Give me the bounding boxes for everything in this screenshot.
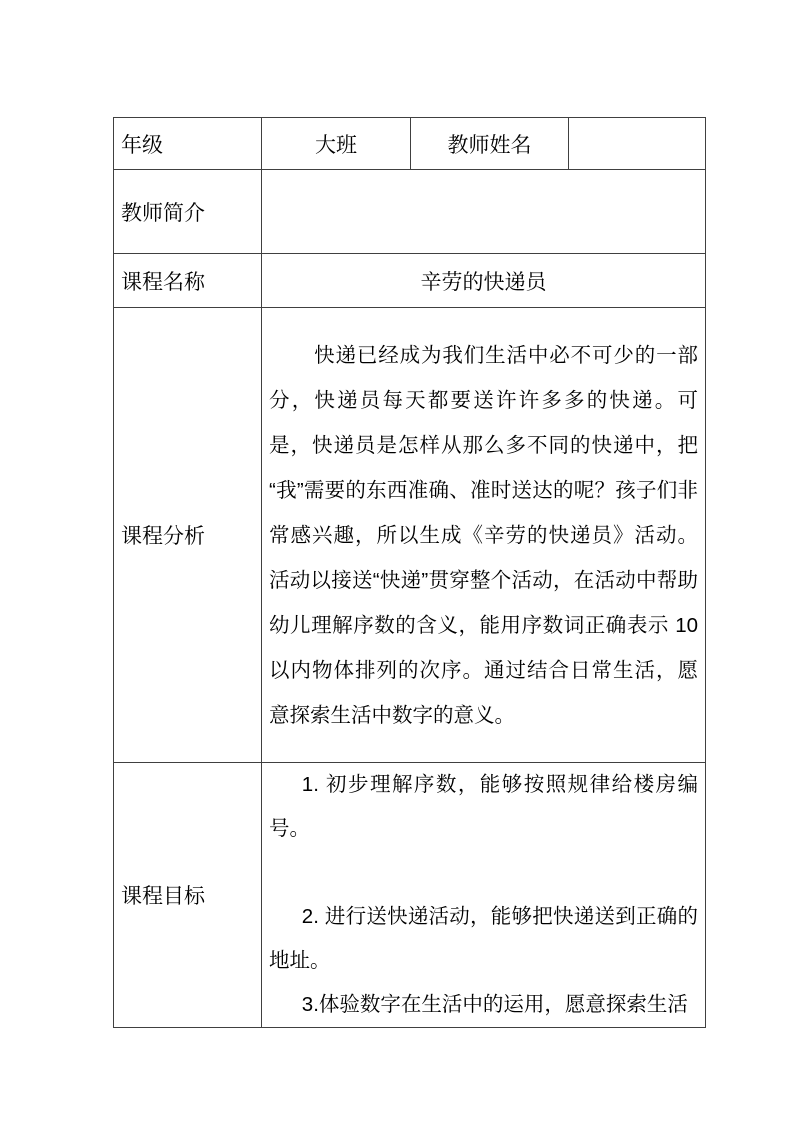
table-row-teacher-intro: 教师简介 [114,170,706,254]
teacher-name-label-cell: 教师姓名 [411,118,569,170]
table-row-course-goals: 课程目标 1. 初步理解序数，能够按照规律给楼房编号。 2. 进行送快递活动，能… [114,763,706,1028]
teacher-name-value-cell [569,118,706,170]
document-page: 年级 大班 教师姓名 教师简介 [0,0,794,1123]
table-row-grade: 年级 大班 教师姓名 [114,118,706,170]
grade-label: 年级 [121,134,163,157]
course-goal-item-1: 1. 初步理解序数，能够按照规律给楼房编号。 [269,763,698,851]
course-goal-item-3: 3.体验数字在生活中的运用，愿意探索生活 [269,983,698,1027]
course-name-label: 课程名称 [121,271,205,294]
course-analysis-label: 课程分析 [121,525,205,548]
grade-value: 大班 [315,134,357,157]
course-info-table: 年级 大班 教师姓名 教师简介 [113,117,706,1028]
course-name-value-cell: 辛劳的快递员 [262,254,706,308]
course-analysis-value-cell: 快递已经成为我们生活中必不可少的一部分，快递员每天都要送许许多多的快递。可是，快… [262,308,706,763]
teacher-intro-value-cell [262,170,706,254]
teacher-name-label: 教师姓名 [448,134,532,157]
course-goals-label: 课程目标 [121,885,205,908]
course-name-value: 辛劳的快递员 [421,271,547,294]
course-analysis-label-cell: 课程分析 [114,308,262,763]
course-goals-label-cell: 课程目标 [114,763,262,1028]
course-name-label-cell: 课程名称 [114,254,262,308]
course-goals-value-cell: 1. 初步理解序数，能够按照规律给楼房编号。 2. 进行送快递活动，能够把快递送… [262,763,706,1028]
course-analysis-paragraph: 快递已经成为我们生活中必不可少的一部分，快递员每天都要送许许多多的快递。可是，快… [269,333,698,738]
grade-label-cell: 年级 [114,118,262,170]
course-goal-item-2: 2. 进行送快递活动，能够把快递送到正确的地址。 [269,895,698,983]
table-row-course-analysis: 课程分析 快递已经成为我们生活中必不可少的一部分，快递员每天都要送许许多多的快递… [114,308,706,763]
teacher-intro-label-cell: 教师简介 [114,170,262,254]
grade-value-cell: 大班 [262,118,411,170]
table-row-course-name: 课程名称 辛劳的快递员 [114,254,706,308]
teacher-intro-label: 教师简介 [121,202,205,225]
